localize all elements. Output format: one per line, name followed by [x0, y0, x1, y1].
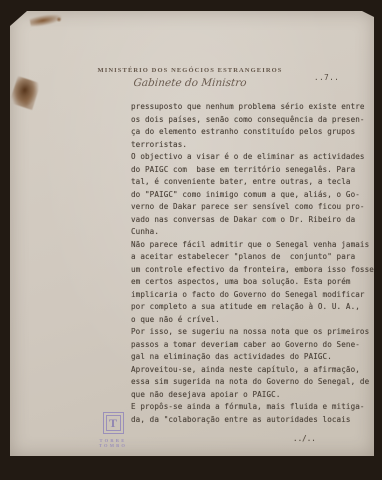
text-line: Não parece fácil admitir que o Senegal v…: [131, 239, 371, 252]
text-line: a aceitar estabelecer "planos de conjunt…: [131, 251, 371, 264]
text-line: vado nas conversas de Dakar com o Dr. Ri…: [131, 214, 371, 227]
text-line: Aproveitou-se, ainda neste capítulo, a a…: [131, 364, 371, 377]
text-line: por completo a sua atitude em relação à …: [131, 301, 371, 314]
text-line: tal, é conveniente bater, entre outras, …: [131, 176, 371, 189]
text-line: do PAIGC com base em território senegalê…: [131, 164, 371, 177]
text-line: um controle efectivo da fronteira, embor…: [131, 264, 371, 277]
text-line: E propôs-se ainda a fórmula, mais fluida…: [131, 401, 371, 414]
text-line: do "PAIGC" como inimigo comum a que, ali…: [131, 189, 371, 202]
text-line: os dois países, senão como consequência …: [131, 114, 371, 127]
ministry-title: MINISTÉRIO DOS NEGÓCIOS ESTRANGEIROS: [80, 67, 300, 74]
text-line: passos a tomar deveriam caber ao Governo…: [131, 339, 371, 352]
text-line: que não desejava apoiar o PAIGC.: [131, 389, 371, 402]
text-line: pressuposto que nenhum problema sério ex…: [131, 101, 371, 114]
text-line: gal na eliminação das actividades do PAI…: [131, 351, 371, 364]
text-line: da, da "colaboração entre as autoridades…: [131, 414, 371, 427]
document-page: MINISTÉRIO DOS NEGÓCIOS ESTRANGEIROS Gab…: [10, 11, 374, 456]
text-line: verno de Dakar parece ser sensível como …: [131, 201, 371, 214]
text-line: o que não é crível.: [131, 314, 371, 327]
continuation-mark: ../..: [293, 434, 316, 443]
text-line: terroristas.: [131, 139, 371, 152]
stamp-letter: T: [109, 416, 117, 430]
text-line: O objectivo a visar é o de eliminar as a…: [131, 151, 371, 164]
archive-stamp: T TORRE TOMBO: [89, 411, 137, 448]
text-line: essa sim sugerida na nota do Governo do …: [131, 376, 371, 389]
document-header: MINISTÉRIO DOS NEGÓCIOS ESTRANGEIROS Gab…: [80, 67, 300, 89]
photo-background: MINISTÉRIO DOS NEGÓCIOS ESTRANGEIROS Gab…: [0, 0, 382, 480]
stamp-letter-box: T: [106, 415, 121, 431]
text-line: ça do elemento estranho constituído pelo…: [131, 126, 371, 139]
page-number: ..7..: [314, 73, 339, 82]
text-line: em certos aspectos, uma boa solução. Est…: [131, 276, 371, 289]
paper-stain: [29, 12, 62, 27]
stamp-text-line: TOMBO: [89, 443, 137, 448]
paper-stain: [56, 17, 62, 22]
text-line: implicaria o facto do Governo do Senegal…: [131, 289, 371, 302]
text-line: Cunha.: [131, 226, 371, 239]
document-body: pressuposto que nenhum problema sério ex…: [131, 101, 371, 426]
paper-stain: [9, 76, 40, 110]
office-subtitle: Gabinete do Ministro: [79, 77, 300, 89]
text-line: Por isso, se sugeriu na nossa nota que o…: [131, 326, 371, 339]
